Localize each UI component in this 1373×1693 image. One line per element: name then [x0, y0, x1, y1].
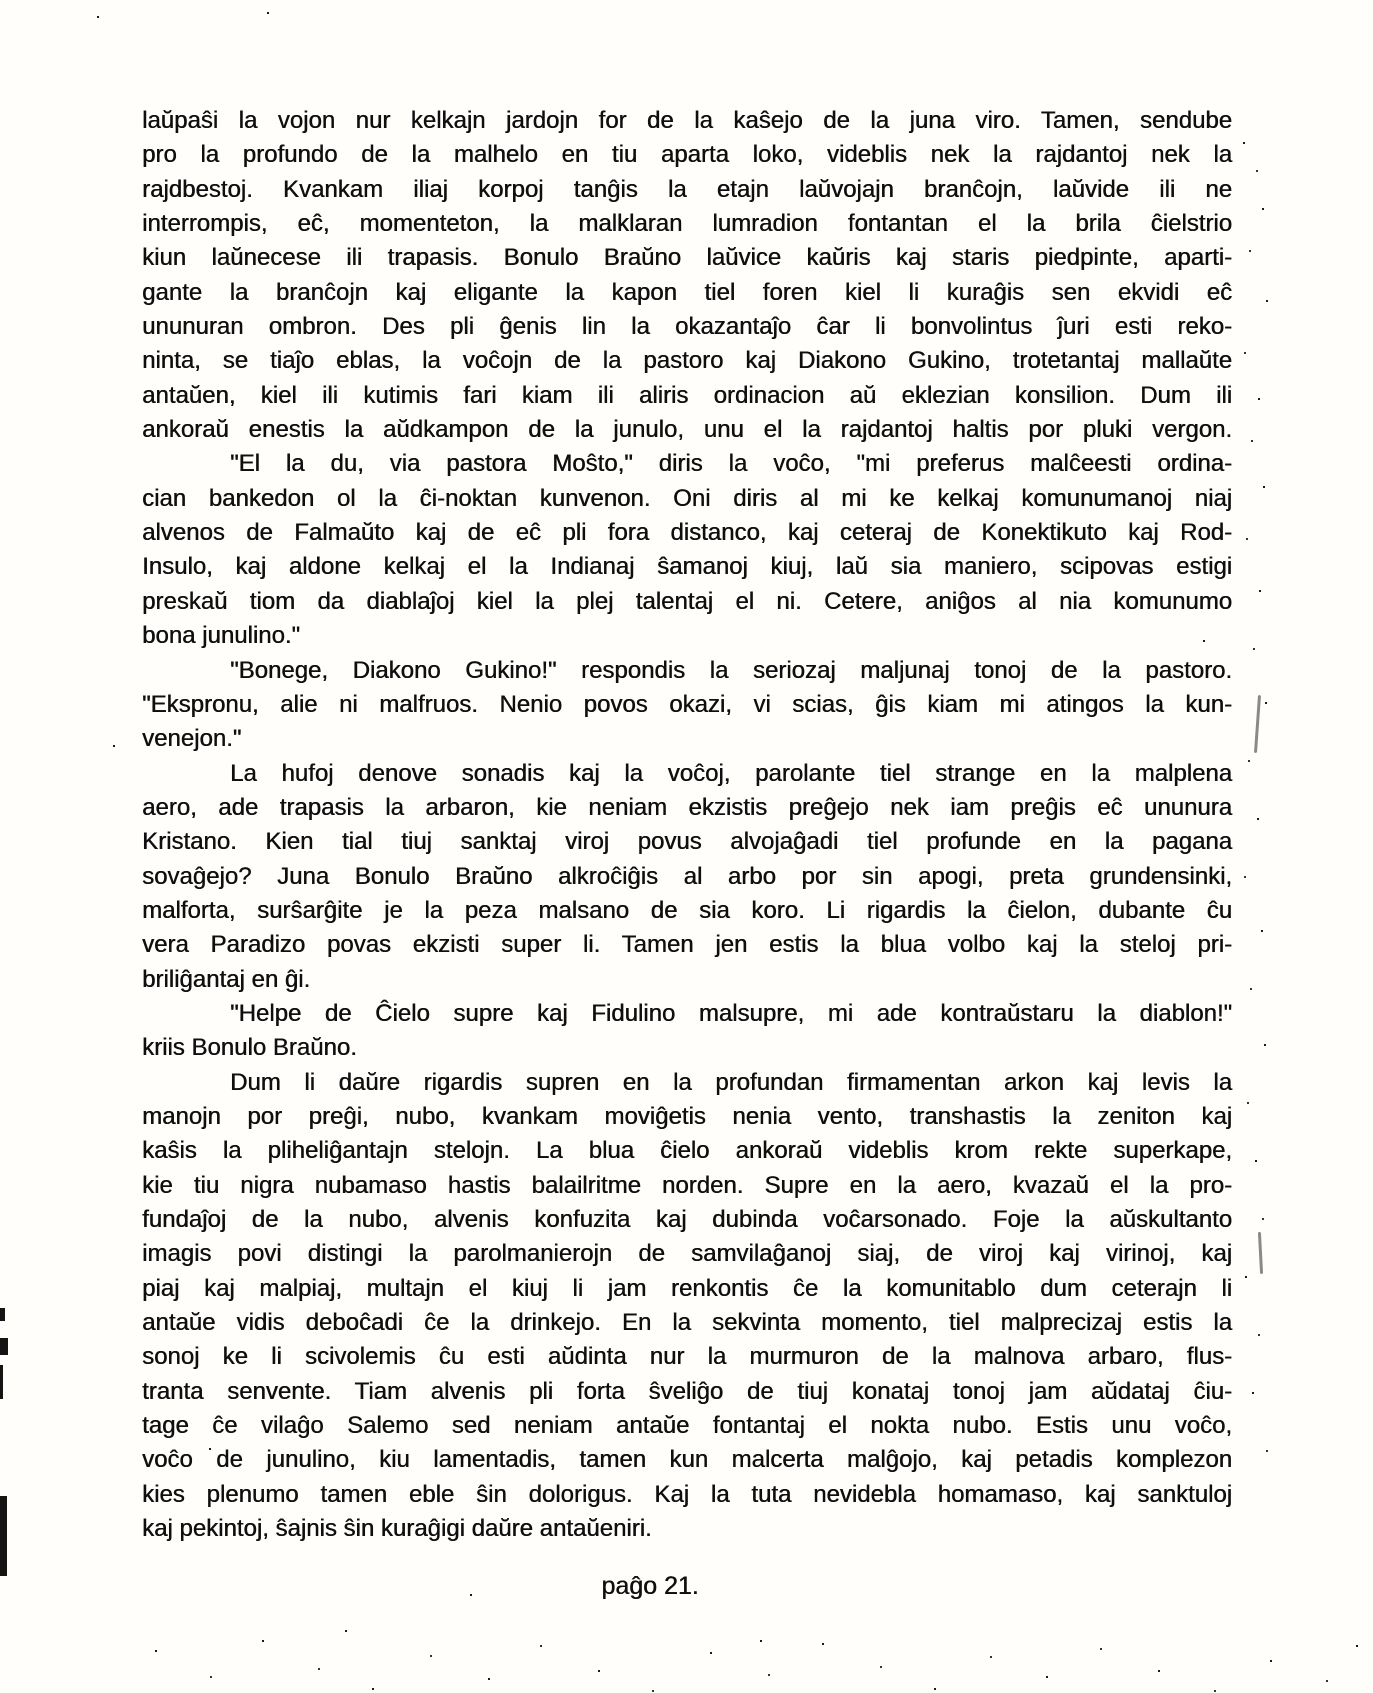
- body-text: laŭpaŝi la vojon nur kelkajn jardojn for…: [142, 104, 1232, 1546]
- text-line: kies plenumo tamen eble ŝin dolorigus. K…: [142, 1478, 1232, 1512]
- text-line: cian bankedon ol la ĉi-noktan kunvenon. …: [142, 482, 1232, 516]
- text-line: alvenos de Falmaŭto kaj de eĉ pli fora d…: [142, 516, 1232, 550]
- text-line: tage ĉe vilaĝo Salemo sed neniam antaŭe …: [142, 1409, 1232, 1443]
- scan-artifact: [0, 1365, 3, 1399]
- text-line: kaŝis la pliheliĝantajn stelojn. La blua…: [142, 1134, 1232, 1168]
- text-line: fundaĵoj de la nubo, alvenis konfuzita k…: [142, 1203, 1232, 1237]
- scan-noise: [0, 0, 2, 2]
- text-line: preskaŭ tiom da diablaĵoj kiel la plej t…: [142, 585, 1232, 619]
- scan-artifact: [0, 1308, 5, 1321]
- text-line: piaj kaj malpiaj, multajn el kiuj li jam…: [142, 1272, 1232, 1306]
- text-line: ununuran ombron. Des pli ĝenis lin la ok…: [142, 310, 1232, 344]
- text-line: "El la du, via pastora Moŝto," diris la …: [142, 447, 1232, 481]
- text-line: vera Paradizo povas ekzisti super li. Ta…: [142, 928, 1232, 962]
- text-line: La hufoj denove sonadis kaj la voĉoj, pa…: [142, 757, 1232, 791]
- text-line: interrompis, eĉ, momenteton, la malklara…: [142, 207, 1232, 241]
- text-line: Kristano. Kien tial tiuj sanktaj viroj p…: [142, 825, 1232, 859]
- text-line: pro la profundo de la malhelo en tiu apa…: [142, 138, 1232, 172]
- text-line: ankoraŭ enestis la aŭdkampon de la junul…: [142, 413, 1232, 447]
- scan-artifact: [0, 1338, 8, 1355]
- text-line: kie tiu nigra nubamaso hastis balailritm…: [142, 1169, 1232, 1203]
- scanned-book-page: laŭpaŝi la vojon nur kelkajn jardojn for…: [0, 0, 1373, 1693]
- text-line: kaj pekintoj, ŝajnis ŝin kuraĝigi daŭre …: [142, 1512, 1232, 1546]
- text-line: kiun laŭnecese ili trapasis. Bonulo Braŭ…: [142, 241, 1232, 275]
- text-line: Dum li daŭre rigardis supren en la profu…: [142, 1066, 1232, 1100]
- text-line: bona junulino.": [142, 619, 1232, 653]
- text-line: laŭpaŝi la vojon nur kelkajn jardojn for…: [142, 104, 1232, 138]
- text-line: antaŭe vidis deboĉadi ĉe la drinkejo. En…: [142, 1306, 1232, 1340]
- text-line: kriis Bonulo Braŭno.: [142, 1031, 1232, 1065]
- text-line: voĉo de junulino, kiu lamentadis, tamen …: [142, 1443, 1232, 1477]
- text-line: imagis povi distingi la parolmanierojn d…: [142, 1237, 1232, 1271]
- text-line: briliĝantaj en ĝi.: [142, 963, 1232, 997]
- text-line: ninta, se tiaĵo eblas, la voĉojn de la p…: [142, 344, 1232, 378]
- text-line: malforta, surŝarĝite je la peza malsano …: [142, 894, 1232, 928]
- text-line: antaŭen, kiel ili kutimis fari kiam ili …: [142, 379, 1232, 413]
- scan-artifact: [1254, 695, 1261, 753]
- text-line: sonoj ke li scivolemis ĉu esti aŭdinta n…: [142, 1340, 1232, 1374]
- text-line: "Helpe de Ĉielo supre kaj Fidulino malsu…: [142, 997, 1232, 1031]
- text-line: venejon.": [142, 722, 1232, 756]
- text-line: manojn por preĝi, nubo, kvankam moviĝeti…: [142, 1100, 1232, 1134]
- text-line: aero, ade trapasis la arbaron, kie nenia…: [142, 791, 1232, 825]
- text-line: tranta senvente. Tiam alvenis pli forta …: [142, 1375, 1232, 1409]
- page-number: paĝo 21.: [142, 1572, 1158, 1601]
- text-line: gante la branĉojn kaj eligante la kapon …: [142, 276, 1232, 310]
- scan-artifact: [0, 1496, 7, 1576]
- text-line: "Ekspronu, alie ni malfruos. Nenio povos…: [142, 688, 1232, 722]
- text-line: rajdbestoj. Kvankam iliaj korpoj tanĝis …: [142, 173, 1232, 207]
- text-line: Insulo, kaj aldone kelkaj el la Indianaj…: [142, 550, 1232, 584]
- text-line: sovaĝejo? Juna Bonulo Braŭno alkroĉiĝis …: [142, 860, 1232, 894]
- scan-artifact: [1258, 1232, 1263, 1274]
- text-line: "Bonege, Diakono Gukino!" respondis la s…: [142, 654, 1232, 688]
